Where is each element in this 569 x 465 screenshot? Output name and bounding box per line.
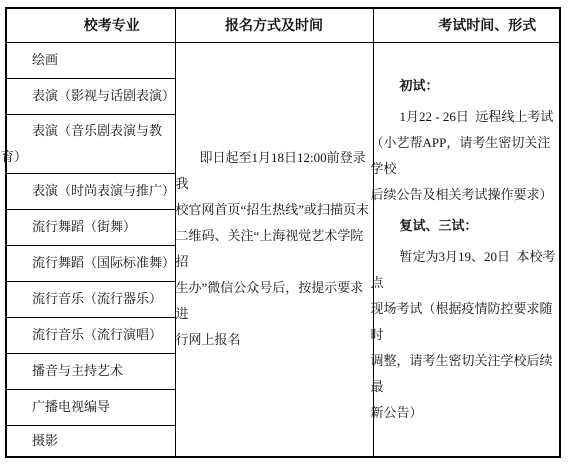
major-label: 表演（时尚表演与推广） xyxy=(1,178,175,204)
second-exam-text: 暂定为3月19、20日 本校考点 现场考试（根据疫情防控要求随时 调整，请考生密… xyxy=(371,244,560,426)
table-header-row: 校考专业 报名方式及时间 考试时间、形式 xyxy=(6,8,560,42)
major-label: 摄影 xyxy=(1,428,175,454)
first-exam-text: 1月22 - 26日 远程线上考试 （小艺帮APP，请考生密切关注学校 后续公告… xyxy=(371,104,560,208)
major-label: 流行音乐（流行演唱） xyxy=(1,322,175,348)
major-cell-broadcasting-hosting: 播音与主持艺术 xyxy=(6,353,175,389)
major-cell-music-instrument: 流行音乐（流行器乐） xyxy=(6,281,175,317)
first-exam-label: 初试： xyxy=(374,73,560,99)
major-cell-acting-film: 表演（影视与话剧表演） xyxy=(6,78,175,114)
major-label: 绘画 xyxy=(1,47,175,73)
exam-schedule-table: 校考专业 报名方式及时间 考试时间、形式 绘画 即日起至1月18日12:00前登… xyxy=(5,7,561,458)
major-label: 播音与主持艺术 xyxy=(1,358,175,384)
exam-info-cell: 初试： 1月22 - 26日 远程线上考试 （小艺帮APP，请考生密切关注学校 … xyxy=(373,42,560,457)
major-label: 广播电视编导 xyxy=(1,394,175,420)
major-cell-acting-musical: 表演（音乐剧表演与教 育） xyxy=(6,114,175,173)
major-cell-music-vocal: 流行音乐（流行演唱） xyxy=(6,317,175,353)
major-cell-painting: 绘画 xyxy=(6,42,175,78)
registration-cell: 即日起至1月18日12:00前登录我 校官网首页“招生热线”或扫描页末 二维码、… xyxy=(175,42,373,457)
major-cell-photography: 摄影 xyxy=(6,425,175,457)
header-majors: 校考专业 xyxy=(6,8,175,42)
major-label: 表演（音乐剧表演与教 育） xyxy=(1,118,175,170)
major-cell-acting-fashion: 表演（时尚表演与推广） xyxy=(6,173,175,209)
header-registration: 报名方式及时间 xyxy=(175,8,373,42)
page: 校考专业 报名方式及时间 考试时间、形式 绘画 即日起至1月18日12:00前登… xyxy=(0,0,569,465)
major-label: 表演（影视与话剧表演） xyxy=(1,83,175,109)
major-cell-dance-street: 流行舞蹈（街舞） xyxy=(6,209,175,245)
table-row: 绘画 即日起至1月18日12:00前登录我 校官网首页“招生热线”或扫描页末 二… xyxy=(6,42,560,78)
major-label: 流行舞蹈（街舞） xyxy=(1,214,175,240)
major-cell-tv-editing: 广播电视编导 xyxy=(6,389,175,425)
major-cell-dance-ballroom: 流行舞蹈（国际标准舞） xyxy=(6,245,175,281)
second-exam-label: 复试、三试： xyxy=(374,213,560,239)
major-label: 流行舞蹈（国际标准舞） xyxy=(1,250,175,276)
major-label: 流行音乐（流行器乐） xyxy=(1,286,175,312)
registration-text: 即日起至1月18日12:00前登录我 校官网首页“招生热线”或扫描页末 二维码、… xyxy=(176,145,373,353)
header-exam-time: 考试时间、形式 xyxy=(373,8,560,42)
